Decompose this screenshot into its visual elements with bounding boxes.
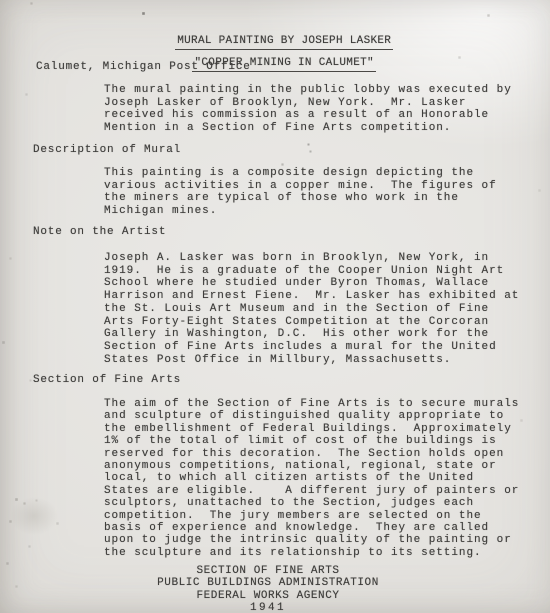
- section-heading-description-of-mural: Description of Mural: [33, 144, 181, 157]
- footer-organization-lines: SECTION OF FINE ARTS PUBLIC BUILDINGS AD…: [128, 565, 408, 602]
- section-paragraph-section-of-fine-arts: The aim of the Section of Fine Arts is t…: [104, 398, 519, 559]
- section-heading-note-on-the-artist: Note on the Artist: [33, 226, 166, 239]
- section-heading-calumet-post-office: Calumet, Michigan Post Office: [36, 61, 251, 74]
- footer-year: 1941: [128, 602, 408, 613]
- document-page: MURAL PAINTING BY JOSEPH LASKER "COPPER …: [0, 0, 550, 613]
- section-heading-section-of-fine-arts: Section of Fine Arts: [33, 374, 181, 387]
- section-paragraph-note-on-the-artist: Joseph A. Lasker was born in Brooklyn, N…: [104, 252, 519, 366]
- paper-specks: [0, 0, 1, 1]
- paper-smudge: [4, 492, 64, 540]
- section-paragraph-calumet-post-office: The mural painting in the public lobby w…: [104, 84, 512, 135]
- section-paragraph-description-of-mural: This painting is a composite design depi…: [104, 167, 497, 218]
